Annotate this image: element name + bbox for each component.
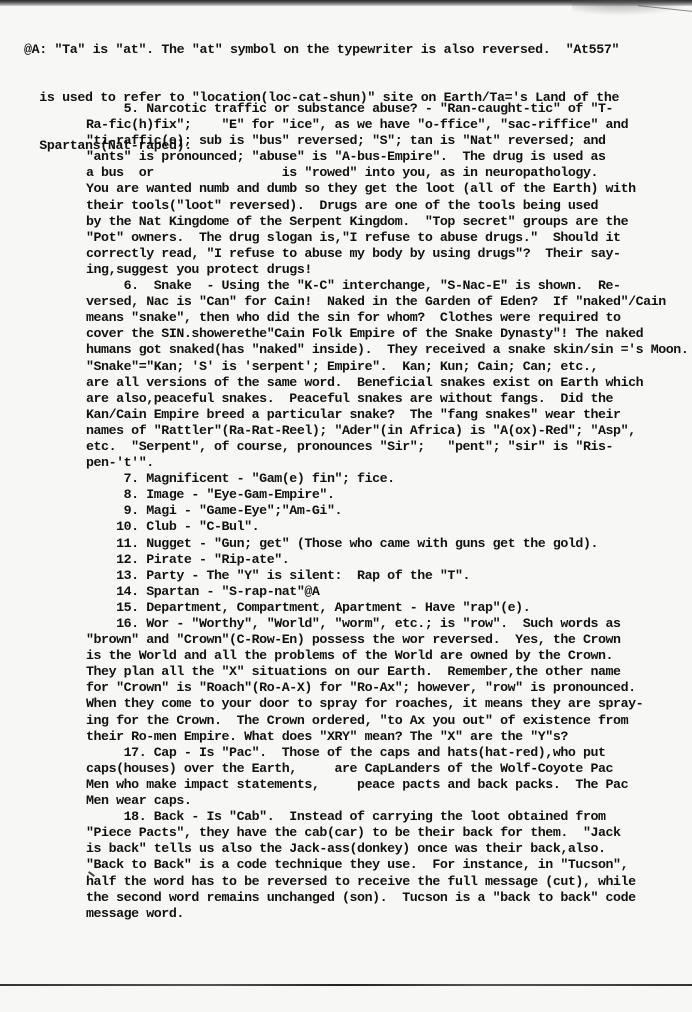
body-line: a bus or is "rowed" into you, as in neur…: [86, 165, 676, 181]
body-line: "Back to Back" is a code technique they …: [86, 857, 676, 873]
body-line: humans got snaked(has "naked" inside). T…: [86, 342, 676, 358]
body-line: "Pot" owners. The drug slogan is,"I refu…: [86, 230, 676, 246]
body-line: ing,suggest you protect drugs!: [86, 262, 676, 278]
body-line: 12. Pirate - "Rip-ate".: [86, 552, 676, 568]
body-line: versed, Nac is "Can" for Cain! Naked in …: [86, 294, 676, 310]
body-line: Ra-fic(h)fix"; "E" for "ice", as we have…: [86, 117, 676, 133]
body-line: Kan/Cain Empire breed a particular snake…: [86, 407, 676, 423]
body-line: names of "Rattler"(Ra-Rat-Reel); "Ader"(…: [86, 423, 676, 439]
body-line: 15. Department, Compartment, Apartment -…: [86, 600, 676, 616]
body-line: Men who make impact statements, peace pa…: [86, 777, 676, 793]
body-line: You are wanted numb and dumb so they get…: [86, 181, 676, 197]
body-line: caps(houses) over the Earth, are CapLand…: [86, 761, 676, 777]
body-line: ing for the Crown. The Crown ordered, "t…: [86, 713, 676, 729]
scan-bottom-edge: [0, 984, 692, 986]
body-line: 7. Magnificent - "Gam(e) fin"; fice.: [86, 471, 676, 487]
body-line: 18. Back - Is "Cab". Instead of carrying…: [86, 809, 676, 825]
body-line: 13. Party - The "Y" is silent: Rap of th…: [86, 568, 676, 584]
body-line: for "Crown" is "Roach"(Ro-A-X) for "Ro-A…: [86, 680, 676, 696]
body-line: etc. "Serpent", of course, pronounces "S…: [86, 439, 676, 455]
body-line: their Ro-men Empire. What does "XRY" mea…: [86, 729, 676, 745]
body-line: 16. Wor - "Worthy", "World", "worm", etc…: [86, 616, 676, 632]
document-body: 5. Narcotic traffic or substance abuse? …: [86, 101, 676, 922]
body-line: They plan all the "X" situations on our …: [86, 664, 676, 680]
body-line: "Snake"="Kan; 'S' is 'serpent'; Empire".…: [86, 359, 676, 375]
body-line: 5. Narcotic traffic or substance abuse? …: [86, 101, 676, 117]
body-line: 17. Cap - Is "Pac". Those of the caps an…: [86, 745, 676, 761]
body-line: 14. Spartan - "S-rap-nat"@A: [86, 584, 676, 600]
body-line: message word.: [86, 906, 676, 922]
body-line: 10. Club - "C-Bul".: [86, 519, 676, 535]
body-line: Men wear caps.: [86, 793, 676, 809]
body-line: half the word has to be reversed to rece…: [86, 874, 676, 890]
body-line: are all versions of the same word. Benef…: [86, 375, 676, 391]
body-line: 9. Magi - "Game-Eye";"Am-Gi".: [86, 503, 676, 519]
body-line: pen-'t'".: [86, 455, 676, 471]
body-line: "ants" is pronounced; "abuse" is "A-bus-…: [86, 149, 676, 165]
body-line: 8. Image - "Eye-Gam-Empire".: [86, 487, 676, 503]
body-line: are also,peaceful snakes. Peaceful snake…: [86, 391, 676, 407]
scanned-document-page: @A: "Ta" is "at". The "at" symbol on the…: [0, 0, 692, 1012]
body-line: is the World and all the problems of the…: [86, 648, 676, 664]
body-line: 6. Snake - Using the "K-C" interchange, …: [86, 278, 676, 294]
body-line: their tools("loot" reversed). Drugs are …: [86, 198, 676, 214]
body-line: is back" tells us also the Jack-ass(donk…: [86, 841, 676, 857]
footnote-line: @A: "Ta" is "at". The "at" symbol on the…: [24, 42, 664, 58]
body-line: by the Nat Kingdome of the Serpent Kingd…: [86, 214, 676, 230]
body-line: "ti-raffic(e); sub is "bus" reversed; "S…: [86, 133, 676, 149]
body-line: When they come to your door to spray for…: [86, 696, 676, 712]
body-line: the second word remains unchanged (son).…: [86, 890, 676, 906]
body-line: "Piece Pacts", they have the cab(car) to…: [86, 825, 676, 841]
body-line: correctly read, "I refuse to abuse my bo…: [86, 246, 676, 262]
body-line: "brown" and "Crown"(C-Row-En) possess th…: [86, 632, 676, 648]
body-line: 11. Nugget - "Gun; get" (Those who came …: [86, 536, 676, 552]
body-line: cover the SIN.showerethe"Cain Folk Empir…: [86, 326, 676, 342]
body-line: means "snake", then who did the sin for …: [86, 310, 676, 326]
